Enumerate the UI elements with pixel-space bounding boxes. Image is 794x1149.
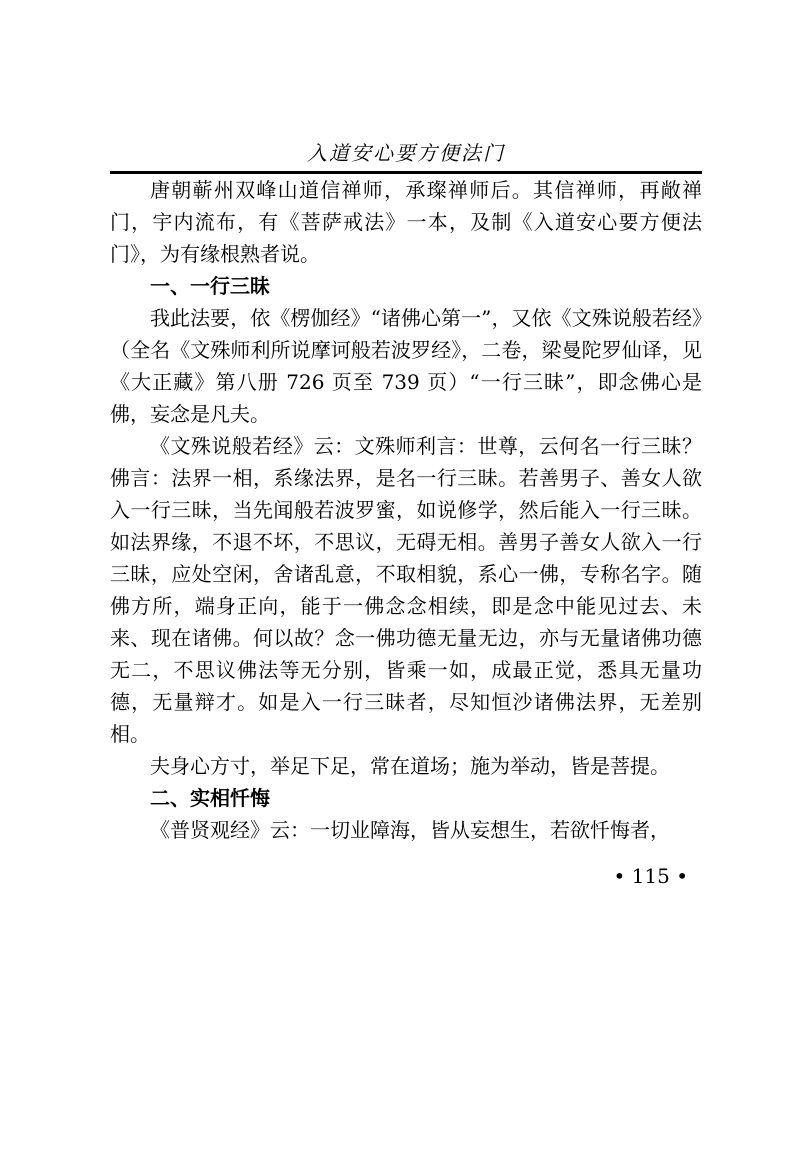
intro-paragraph: 唐朝蕲州双峰山道信禅师，承璨禅师后。其信禅师，再敞禅门，宇内流布，有《菩萨戒法》… xyxy=(110,174,702,270)
section-1-paragraph-2: 《文殊说般若经》云：文殊师利言：世尊，云何名一行三昧？佛言：法界一相，系缘法界，… xyxy=(110,430,702,750)
page-header: 入道安心要方便法门 xyxy=(110,140,702,174)
page-title: 入道安心要方便法门 xyxy=(110,140,702,167)
section-1-heading: 一、一行三昧 xyxy=(110,270,702,302)
section-2-heading: 二、实相忏悔 xyxy=(110,782,702,814)
section-1-paragraph-3: 夫身心方寸，举足下足，常在道场；施为举动，皆是菩提。 xyxy=(110,750,702,782)
content-column: 入道安心要方便法门 唐朝蕲州双峰山道信禅师，承璨禅师后。其信禅师，再敞禅门，宇内… xyxy=(110,0,702,888)
section-1-paragraph-1: 我此法要，依《楞伽经》“诸佛心第一”，又依《文殊说般若经》（全名《文殊师利所说摩… xyxy=(110,302,702,430)
section-2-paragraph-1: 《普贤观经》云：一切业障海，皆从妄想生，若欲忏悔者， xyxy=(110,814,702,846)
document-page: 入道安心要方便法门 唐朝蕲州双峰山道信禅师，承璨禅师后。其信禅师，再敞禅门，宇内… xyxy=(0,0,794,1149)
page-number: • 115 • xyxy=(110,864,702,888)
